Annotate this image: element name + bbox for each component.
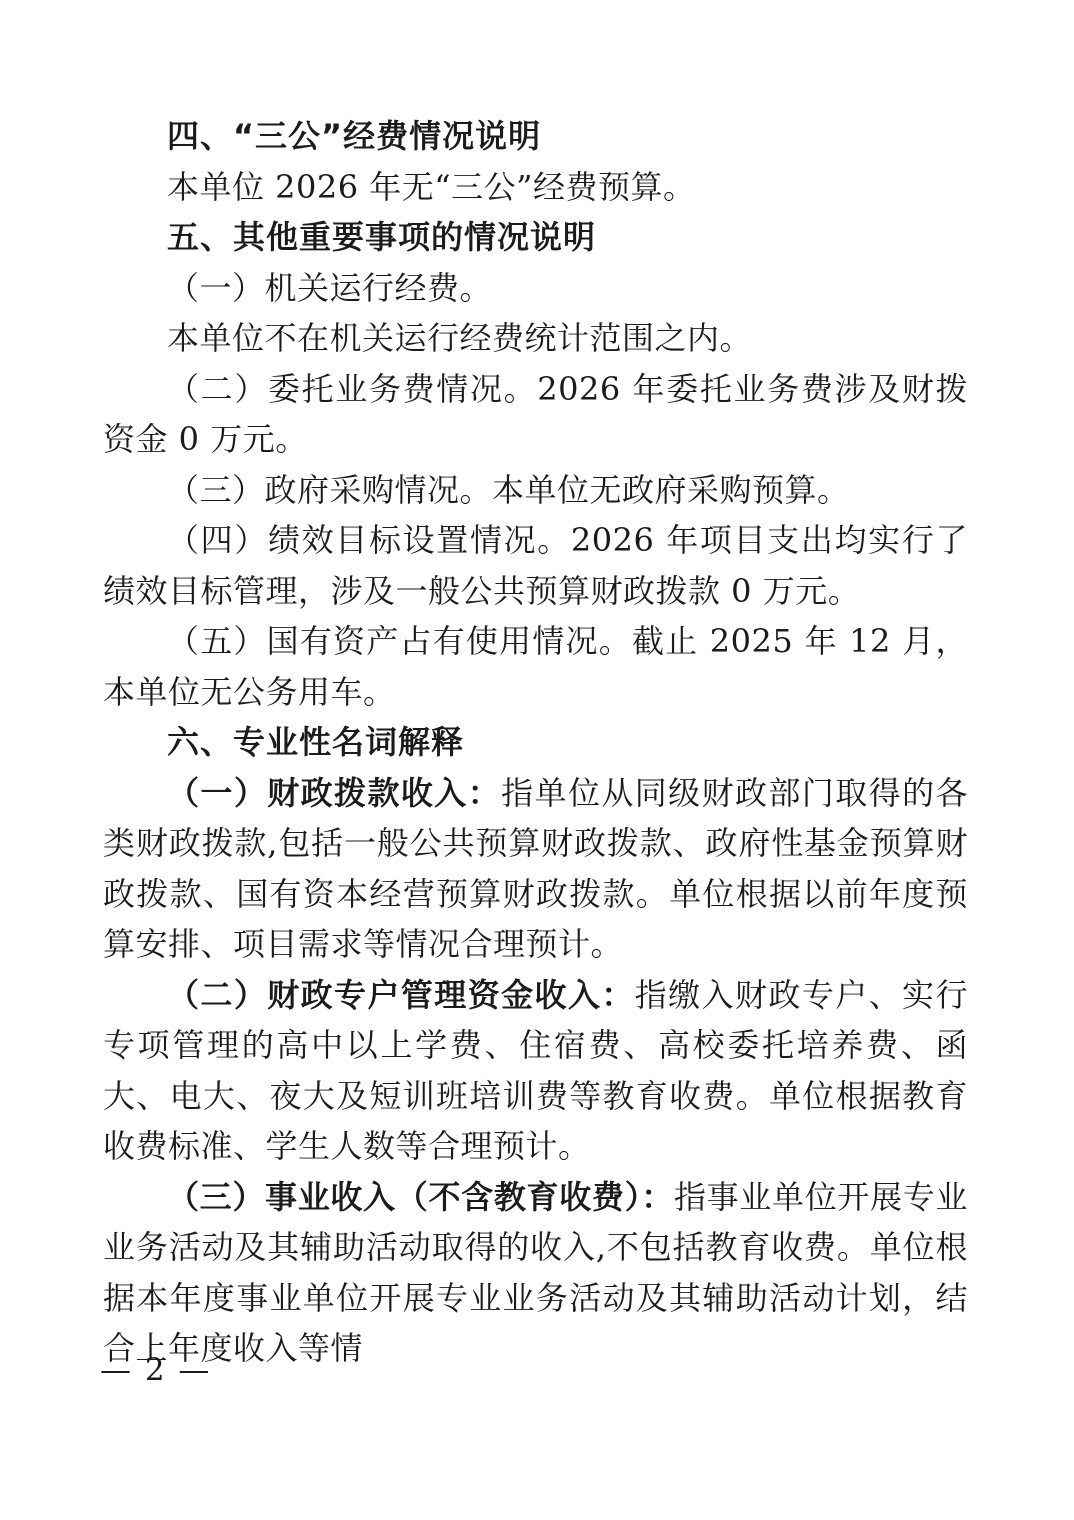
paragraph: （一）机关运行经费。 (103, 263, 968, 314)
paragraph: （三）政府采购情况。本单位无政府采购预算。 (103, 465, 968, 516)
term-name: （二）财政专户管理资金收入： (167, 976, 635, 1014)
term-definition: （三）事业收入（不含教育收费）：指事业单位开展专业业务活动及其辅助活动取得的收入… (103, 1172, 968, 1374)
paragraph: 本单位 2026 年无“三公”经费预算。 (103, 162, 968, 213)
section-heading-five: 五、其他重要事项的情况说明 (103, 212, 968, 263)
paragraph: （五）国有资产占有使用情况。截止 2025 年 12 月，本单位无公务用车。 (103, 616, 968, 717)
paragraph: 本单位不在机关运行经费统计范围之内。 (103, 313, 968, 364)
section-heading-six: 六、专业性名词解释 (103, 717, 968, 768)
page-number: — 2 — (100, 1350, 211, 1390)
document-page: 四、“三公”经费情况说明 本单位 2026 年无“三公”经费预算。 五、其他重要… (0, 0, 1074, 1520)
term-definition: （二）财政专户管理资金收入：指缴入财政专户、实行专项管理的高中以上学费、住宿费、… (103, 970, 968, 1172)
paragraph: （四）绩效目标设置情况。2026 年项目支出均实行了绩效目标管理，涉及一般公共预… (103, 515, 968, 616)
term-name: （三）事业收入（不含教育收费）： (167, 1178, 674, 1216)
term-name: （一）财政拨款收入： (167, 774, 501, 812)
section-heading-four: 四、“三公”经费情况说明 (103, 111, 968, 162)
paragraph: （二）委托业务费情况。2026 年委托业务费涉及财拨资金 0 万元。 (103, 364, 968, 465)
document-body: 四、“三公”经费情况说明 本单位 2026 年无“三公”经费预算。 五、其他重要… (103, 111, 968, 1374)
term-definition: （一）财政拨款收入：指单位从同级财政部门取得的各类财政拨款,包括一般公共预算财政… (103, 768, 968, 970)
